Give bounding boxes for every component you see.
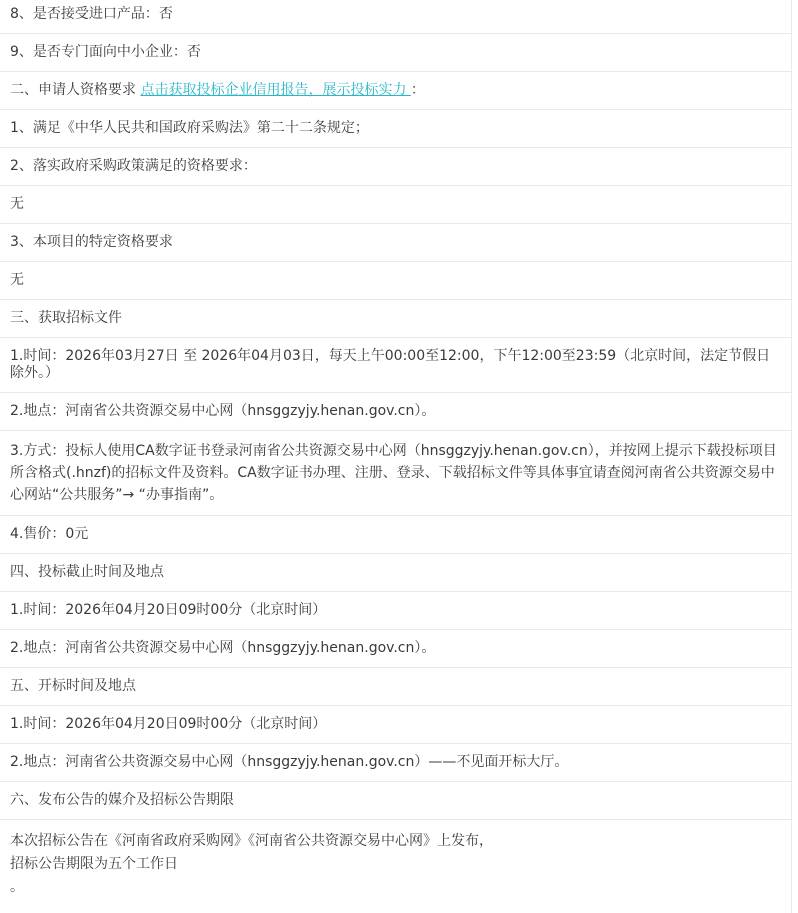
row-text: 1、满足《中华人民共和国政府采购法》第二十二条规定； (10, 120, 369, 136)
announcement-line: 本次招标公告在《河南省政府采购网》《河南省公共资源交易中心网》上发布， (10, 830, 781, 853)
row-text: 2、落实政府采购政策满足的资格要求： (10, 158, 257, 174)
row-text: 2.地点：河南省公共资源交易中心网（hnsggzyjy.henan.gov.cn… (10, 754, 568, 770)
table-row-bid-opening-header: 五、开标时间及地点 (0, 668, 791, 706)
table-row-announcement-media-header: 六、发布公告的媒介及招标公告期限 (0, 782, 791, 820)
row-text: 三、获取招标文件 (10, 310, 122, 326)
row-text: 9、是否专门面向中小企业：否 (10, 44, 201, 60)
table-row-sme-oriented: 9、是否专门面向中小企业：否 (0, 34, 791, 72)
table-row-price: 4.售价：0元 (0, 516, 791, 554)
row-text: 1.时间：2026年04月20日09时00分（北京时间） (10, 602, 326, 618)
row-text: 2.地点：河南省公共资源交易中心网（hnsggzyjy.henan.gov.cn… (10, 403, 435, 419)
table-row-obtain-documents-header: 三、获取招标文件 (0, 300, 791, 338)
credit-report-link[interactable]: 点击获取投标企业信用报告，展示投标实力 (140, 82, 410, 98)
row-text: 1.时间：2026年03月27日 至 2026年04月03日，每天上午00:00… (10, 348, 770, 381)
table-row-obtain-method: 3.方式：投标人使用CA数字证书登录河南省公共资源交易中心网（hnsggzyjy… (0, 431, 791, 516)
table-row-obtain-location: 2.地点：河南省公共资源交易中心网（hnsggzyjy.henan.gov.cn… (0, 393, 791, 431)
table-row-obtain-time: 1.时间：2026年03月27日 至 2026年04月03日，每天上午00:00… (0, 338, 791, 393)
table-row-deadline-time: 1.时间：2026年04月20日09时00分（北京时间） (0, 592, 791, 630)
table-row-policy-requirement: 2、落实政府采购政策满足的资格要求： (0, 148, 791, 186)
row-text: 2.地点：河南省公共资源交易中心网（hnsggzyjy.henan.gov.cn… (10, 640, 435, 656)
row-text: 4.售价：0元 (10, 526, 88, 542)
table-row-announcement-media-body: 本次招标公告在《河南省政府采购网》《河南省公共资源交易中心网》上发布， 招标公告… (0, 820, 791, 913)
row-text: 无 (10, 272, 24, 288)
table-row-import-products: 8、是否接受进口产品：否 (0, 0, 791, 34)
row-text-colon: ： (411, 82, 425, 98)
row-text: 五、开标时间及地点 (10, 678, 136, 694)
row-text: 3、本项目的特定资格要求 (10, 234, 173, 250)
table-row-deadline-location: 2.地点：河南省公共资源交易中心网（hnsggzyjy.henan.gov.cn… (0, 630, 791, 668)
row-text: 1.时间：2026年04月20日09时00分（北京时间） (10, 716, 326, 732)
row-text: 四、投标截止时间及地点 (10, 564, 164, 580)
announcement-line: 。 (10, 876, 781, 899)
row-text: 无 (10, 196, 24, 212)
bid-announcement-table: 8、是否接受进口产品：否 9、是否专门面向中小企业：否 二、申请人资格要求 点击… (0, 0, 792, 913)
table-row-none-2: 无 (0, 262, 791, 300)
table-row-none-1: 无 (0, 186, 791, 224)
table-row-opening-location: 2.地点：河南省公共资源交易中心网（hnsggzyjy.henan.gov.cn… (0, 744, 791, 782)
table-row-specific-qualification: 3、本项目的特定资格要求 (0, 224, 791, 262)
table-row-opening-time: 1.时间：2026年04月20日09时00分（北京时间） (0, 706, 791, 744)
table-row-law-requirement: 1、满足《中华人民共和国政府采购法》第二十二条规定； (0, 110, 791, 148)
announcement-line: 招标公告期限为五个工作日 (10, 853, 781, 876)
table-row-bid-deadline-header: 四、投标截止时间及地点 (0, 554, 791, 592)
row-text: 六、发布公告的媒介及招标公告期限 (10, 792, 234, 808)
row-text: 8、是否接受进口产品：否 (10, 6, 173, 22)
row-text: 二、申请人资格要求 (10, 82, 140, 98)
row-text: 3.方式：投标人使用CA数字证书登录河南省公共资源交易中心网（hnsggzyjy… (10, 443, 777, 503)
table-row-applicant-qualification-header: 二、申请人资格要求 点击获取投标企业信用报告，展示投标实力 ： (0, 72, 791, 110)
